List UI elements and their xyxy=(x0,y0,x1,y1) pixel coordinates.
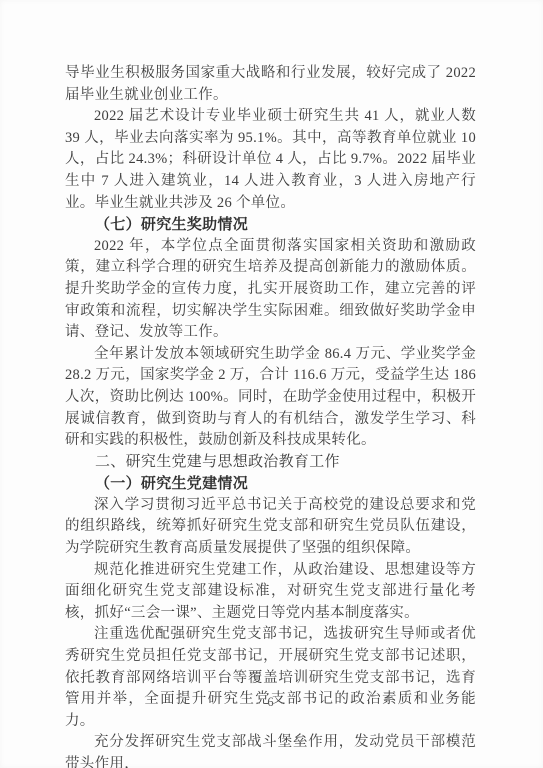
page-number: - 6 - xyxy=(0,695,543,710)
document-page: 导毕业生积极服务国家重大战略和行业发展，较好完成了 2022 届毕业生就业创业工… xyxy=(0,0,543,768)
section-heading-7-scholarship: （七）研究生奖助情况 xyxy=(65,214,476,236)
paragraph-scholarship-policy: 2022 年，本学位点全面贯彻落实国家相关资助和激励政策，建立科学合理的研究生培… xyxy=(65,236,476,344)
paragraph-party-fortress: 充分发挥研究生党支部战斗堡垒作用，发动党员干部模范带头作用， xyxy=(65,732,476,768)
paragraph-scholarship-amounts: 全年累计发放本领域研究生助学金 86.4 万元、学业奖学金 28.2 万元，国家… xyxy=(65,344,476,452)
paragraph-party-standardization: 规范化推进研究生党建工作，从政治建设、思想建设等方面细化研究生党支部建设标准，对… xyxy=(65,560,476,625)
paragraph-party-guidance: 深入学习贯彻习近平总书记关于高校党的建设总要求和党的组织路线，统筹抓好研究生党支… xyxy=(65,495,476,560)
section-heading-1-party-situation: （一）研究生党建情况 xyxy=(65,473,476,495)
chapter-heading-2-party-building: 二、研究生党建与思想政治教育工作 xyxy=(65,452,476,474)
page-body: 导毕业生积极服务国家重大战略和行业发展，较好完成了 2022 届毕业生就业创业工… xyxy=(65,63,476,768)
paragraph-employment-stats: 2022 届艺术设计专业毕业硕士研究生共 41 人，就业人数 39 人，毕业去向… xyxy=(65,106,476,214)
paragraph-continuation: 导毕业生积极服务国家重大战略和行业发展，较好完成了 2022 届毕业生就业创业工… xyxy=(65,63,476,106)
paragraph-branch-secretaries: 注重选优配强研究生党支部书记，选拔研究生导师或者优秀研究生党员担任党支部书记，开… xyxy=(65,624,476,732)
